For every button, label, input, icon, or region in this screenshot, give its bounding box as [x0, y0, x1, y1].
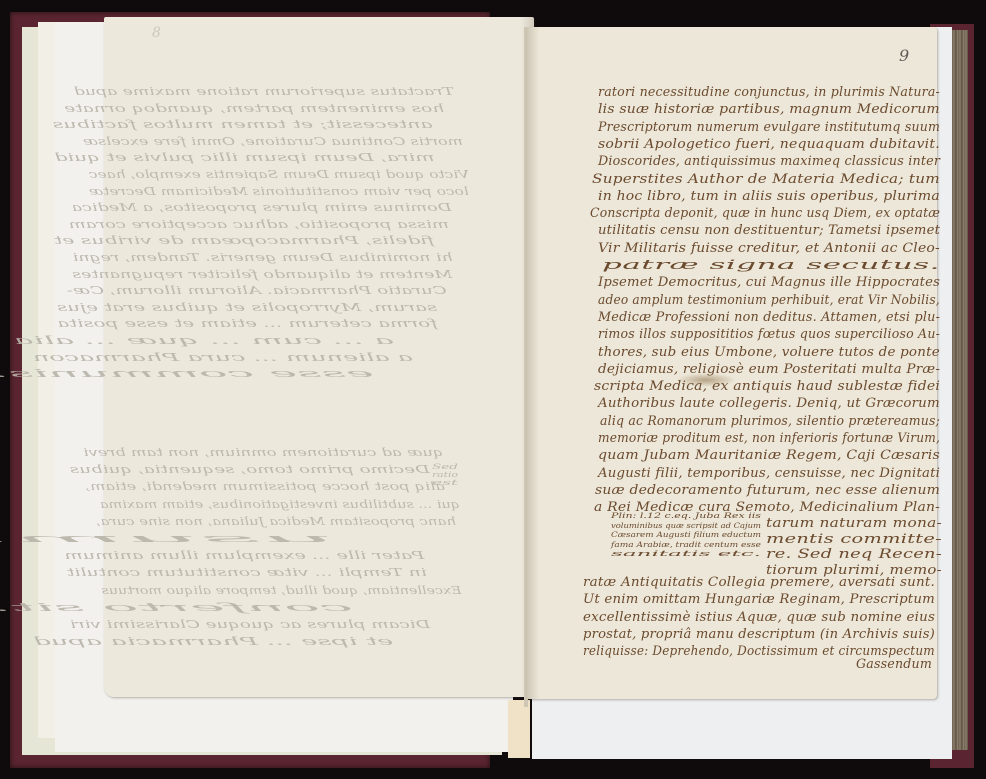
left-folio-number: 8 — [152, 25, 161, 41]
text-line: Ipsemet Democritus, cui Magnus ille Hipp… — [598, 274, 940, 289]
right-folio-number: 9 — [899, 46, 909, 65]
text-line: hi nominibus Deum generis. Tandem, regni — [73, 250, 453, 264]
text-line: Dicam plures ac quoque Clarissimi viri — [70, 617, 430, 631]
text-line: Curatio Pharmacia. Aliorum illorum, Cæ- — [67, 283, 447, 297]
text-line: in Templi ... vitæ constitutum contulit — [67, 565, 427, 579]
text-line: aliq post hocce potissimum medendi, etia… — [85, 479, 445, 493]
text-line: Augusti filii, temporibus, censuisse, ne… — [598, 465, 940, 480]
text-line: forma ceterum ... etiam et esse posita — [57, 316, 437, 330]
text-line: voluminibus quæ scripsit ad Cajum — [611, 521, 761, 531]
text-line: Superstites Author de Materia Medica; tu… — [592, 171, 940, 186]
text-line: quæ ad curationem omnium, non tam brevi — [83, 445, 443, 459]
text-line: a ... cum ... quæ ... alia — [14, 333, 394, 347]
text-line: excellentissimè istius Aquæ, quæ sub nom… — [583, 609, 935, 624]
text-line: ratori necessitudine conjunctus, in plur… — [598, 84, 940, 99]
text-line: re. Sed neq Recen- — [766, 546, 942, 561]
text-line: quam Jubam Mauritaniæ Regem, Caji Cæsari… — [598, 447, 940, 462]
text-line: adeo amplum testimonium perhibuit, erat … — [598, 292, 940, 307]
text-line: thores, sub eius Umbone, voluere tutos d… — [598, 344, 940, 359]
text-line: hos eminentem partem, quandoq ornate — [64, 101, 444, 115]
text-line: dejiciamus, religiosè eum Posteritati mu… — [598, 361, 940, 376]
text-line: sarum, Myrropolis et quibus erat ejus — [57, 300, 437, 314]
text-line: qui ... subtilibus investigationibus, et… — [100, 497, 460, 511]
text-line: fidelis, Pharmacopœam de viribus et — [54, 233, 434, 247]
text-line: Prescriptorum numerum evulgare institutu… — [598, 119, 940, 134]
text-line: hanc propositam Medica Juliana, non sine… — [96, 514, 456, 528]
text-line: aliq ac Romanorum plurimos, silentio præ… — [600, 413, 940, 428]
text-line: in hoc libro, tum in aliis suis operibus… — [598, 188, 940, 203]
text-line: memoriæ proditum est, non inferioris for… — [598, 430, 940, 445]
text-line: tarum naturam mona- — [766, 515, 942, 530]
text-line: Tractatus superiorum ratione maxime apud — [74, 84, 454, 98]
text-line: missa propositio, adhuc acceptiore coram — [69, 217, 449, 231]
catchword: Gassendum — [856, 656, 932, 671]
text-line: Ut enim omittam Hungariæ Reginam, Prescr… — [583, 591, 935, 606]
text-line: fama Arabiæ, tradit centum esse — [611, 540, 761, 550]
text-line: lis suæ historiæ partibus, magnum Medico… — [598, 101, 940, 116]
text-line: Vir Militaris fuisse creditur, et Antoni… — [598, 240, 940, 255]
text-line: esse communis. — [0, 366, 374, 380]
text-line: utilitatis censu non destituentur; Tamet… — [598, 222, 940, 237]
text-line: rimos illos supposititios fœtus quos sup… — [598, 326, 940, 341]
text-line: sobrii Apologetico fueri, nequaquam dubi… — [598, 136, 940, 151]
text-line: suæ dedecoramento futurum, nec esse alie… — [595, 482, 940, 497]
text-line: mentis committe- — [766, 531, 942, 546]
text-line: Decimo primo tomo, sequentia, quibus — [70, 462, 430, 476]
text-line: mira, Deum ipsum illic pulvis et quid — [55, 150, 435, 164]
text-line: Cæsarem Augusti filium eductum — [611, 530, 761, 540]
spine-strip — [508, 700, 530, 758]
text-line: Pater ille ... exemplum illum animum — [64, 548, 424, 562]
text-line: est — [432, 478, 458, 488]
text-line: mortis Continua Curatione, Omni fere exc… — [83, 134, 463, 148]
text-line: Plin: l.12 c.eq. Juba Rex iis — [611, 511, 761, 521]
text-line: ratæ Antiquitatis Collegia premere, aver… — [583, 574, 935, 589]
text-line: a alienum ... cura Pharmacon — [33, 350, 413, 364]
text-line: Excellentiam, quod illud, tempore aliquo… — [101, 583, 461, 597]
text-line: et ipse ... Pharmacia apud — [33, 634, 393, 648]
text-line: scripta Medica, ex antiquis haud sublest… — [594, 378, 940, 393]
text-line: patræ signa secutus. — [602, 257, 940, 272]
text-line: Dioscorides, antiquissimus maximeq class… — [598, 153, 940, 168]
text-line: Victo quod ipsum Deum Sapientis exemplo,… — [89, 167, 469, 181]
text-line: Dominus enim plures propositos, a Medica — [72, 200, 452, 214]
text-line: Mentem et aliquando feliciter repugnante… — [72, 267, 452, 281]
text-line: antecessit; et tamen multos factibus — [53, 117, 433, 131]
text-line: Medicæ Professioni non deditus. Attamen,… — [598, 309, 940, 324]
text-line: prostat, propriâ manu descriptum (in Arc… — [583, 626, 935, 641]
text-line: sanitatis etc. — [611, 549, 761, 559]
text-line: usum. — [0, 531, 335, 545]
text-line: conferto sit. — [0, 600, 353, 614]
text-line: loco per viam constitutionis Medicinam D… — [89, 184, 469, 198]
text-line: Authoribus laute collegeris. Deniq, ut G… — [598, 395, 940, 410]
text-line: Conscripta deponit, quæ in hunc usq Diem… — [590, 205, 940, 220]
